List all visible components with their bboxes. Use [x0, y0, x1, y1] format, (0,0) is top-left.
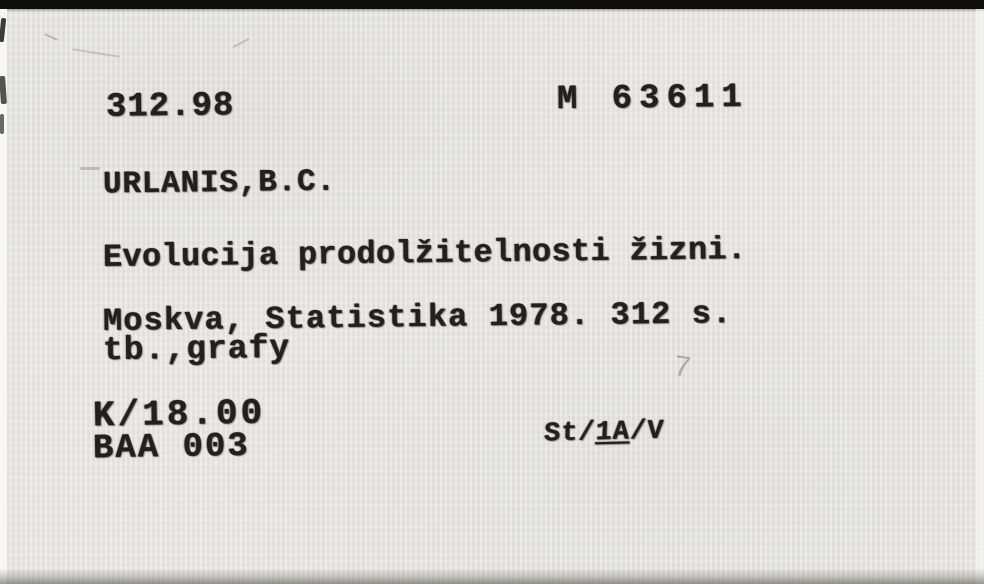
- scan-top-edge: [0, 0, 984, 9]
- imprint-line-2: tb.,grafy: [103, 330, 291, 369]
- shelf-mark: St/1A/V: [543, 417, 665, 450]
- pencil-scratch: [72, 48, 120, 57]
- shelf-mark-underlined: 1A: [595, 417, 631, 448]
- pencil-scratch: [233, 38, 250, 48]
- location-code: BAA 003: [93, 428, 250, 468]
- scan-right-edge: [976, 9, 984, 584]
- classification-number: 312.98: [106, 87, 235, 127]
- catalog-card-scan: 312.98 M 63611 URLANIS,B.C. Evolucija pr…: [0, 0, 984, 584]
- pencil-scratch: [80, 167, 100, 170]
- shelf-mark-prefix: St/: [543, 418, 596, 449]
- shelf-mark-suffix: /V: [629, 417, 665, 448]
- accession-number: M 63611: [557, 79, 749, 119]
- card-edge-nick: [0, 114, 4, 134]
- title-line: Evolucija prodolžitelnosti žizni.: [103, 231, 747, 276]
- author-line: URLANIS,B.C.: [103, 165, 336, 203]
- pencil-scratch: [44, 33, 58, 41]
- card-bottom-shadow: [0, 568, 984, 584]
- pencil-annotation: 7: [671, 351, 694, 387]
